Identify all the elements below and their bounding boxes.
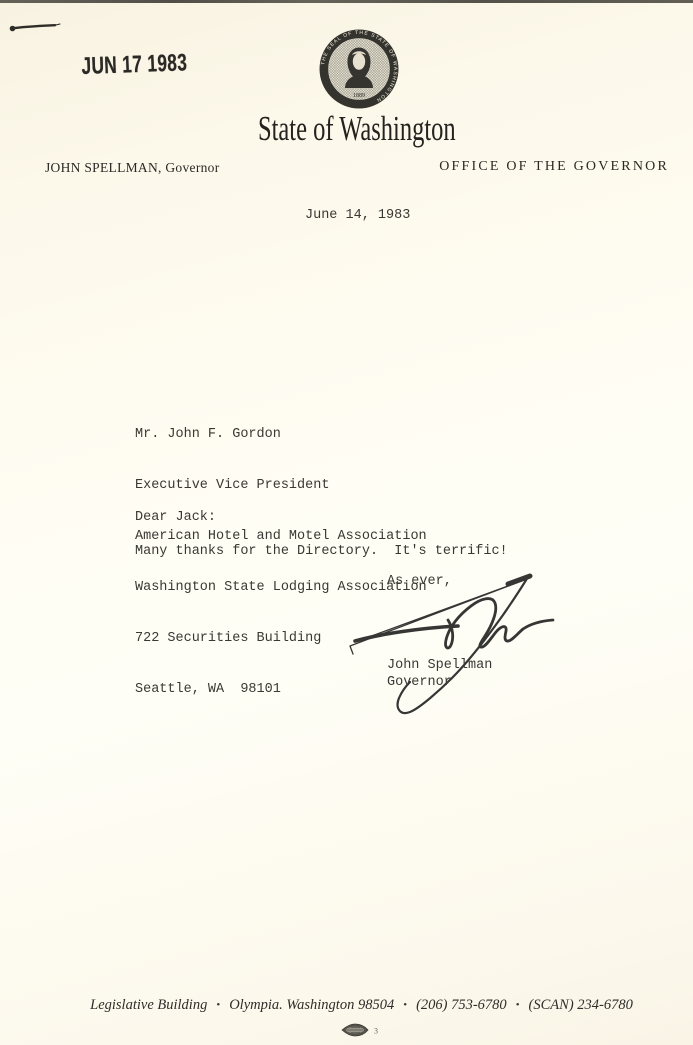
printer-union-bug: 3 [341,1023,385,1037]
bullet-separator: • [516,999,520,1011]
bullet-separator: • [403,999,407,1011]
signature-autograph [340,570,570,725]
seal-year: 1889 [353,93,365,99]
scanned-letter-page: JUN 17 1983 THE SEAL OF THE STATE OF WAS… [0,0,693,1045]
footer-item: Legislative Building [90,997,207,1013]
pen-mark [8,20,68,36]
printer-mark-number: 3 [374,1027,378,1036]
letter-date: June 14, 1983 [305,207,410,224]
state-seal: THE SEAL OF THE STATE OF WASHINGTON 1889 [318,28,400,110]
signer-name: John Spellman [387,657,492,674]
received-date-stamp: JUN 17 1983 [81,49,188,81]
salutation: Dear Jack: [135,509,216,526]
footer-item: (SCAN) 234-6780 [529,997,633,1013]
letterhead-governor-name: JOHN SPELLMAN, Governor [45,160,220,176]
footer-item: (206) 753-6780 [416,997,507,1013]
footer-item: Olympia. Washington 98504 [229,997,394,1013]
signer-title: Governor [387,674,452,691]
recipient-line: Mr. John F. Gordon [135,426,427,443]
recipient-line: Executive Vice President [135,477,427,494]
footer-address-line: Legislative Building•Olympia. Washington… [0,997,693,1014]
bullet-separator: • [216,999,220,1011]
letterhead-title: State of Washington [258,110,456,149]
letterhead-office-name: OFFICE OF THE GOVERNOR [439,159,669,175]
letter-body: Many thanks for the Directory. It's terr… [135,543,508,560]
scan-edge-artifact [0,0,693,3]
